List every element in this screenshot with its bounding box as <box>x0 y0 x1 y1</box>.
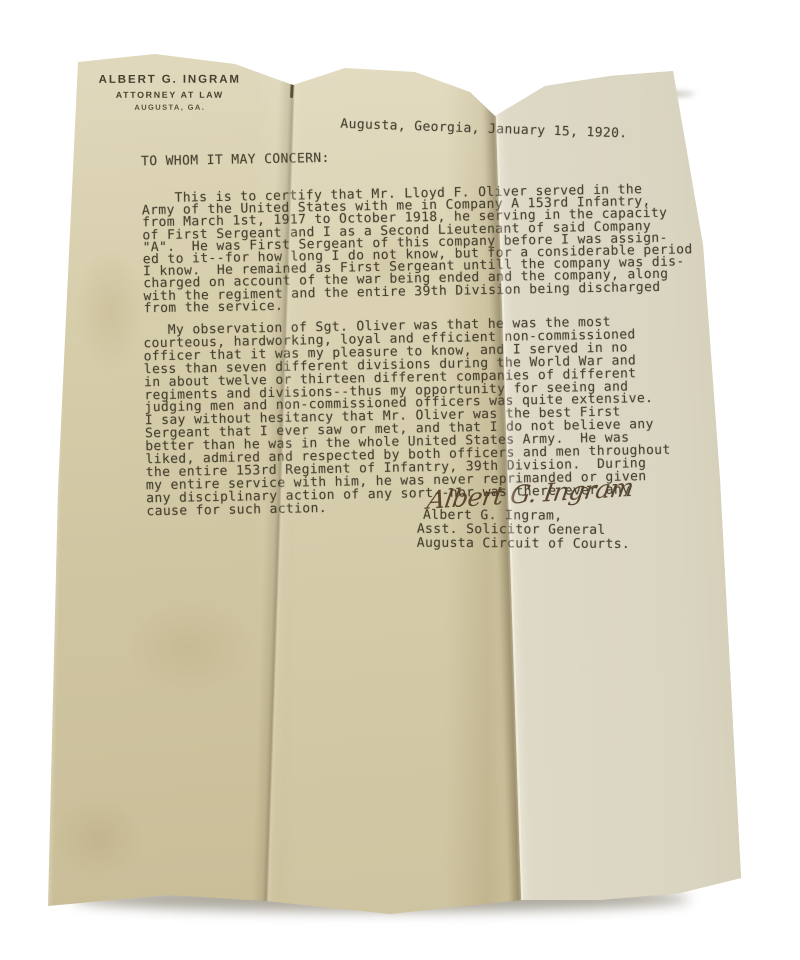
letterhead-name: ALBERT G. INGRAM <box>87 74 253 86</box>
letter-content: ALBERT G. INGRAM ATTORNEY AT LAW AUGUSTA… <box>36 37 762 918</box>
letterhead-title: ATTORNEY AT LAW <box>87 90 253 100</box>
signature-block: Albert G. Ingram, Asst. Solicitor Genera… <box>417 509 631 552</box>
paragraph-1: This is to certify that Mr. Lloyd F. Oli… <box>142 183 694 315</box>
letterhead: ALBERT G. INGRAM ATTORNEY AT LAW AUGUSTA… <box>87 74 253 112</box>
photo-stage: ALBERT G. INGRAM ATTORNEY AT LAW AUGUSTA… <box>0 0 800 960</box>
paper-sheet: ALBERT G. INGRAM ATTORNEY AT LAW AUGUSTA… <box>40 48 750 916</box>
letterhead-city: AUGUSTA, GA. <box>87 103 253 112</box>
signature-court: Augusta Circuit of Courts. <box>417 537 630 552</box>
